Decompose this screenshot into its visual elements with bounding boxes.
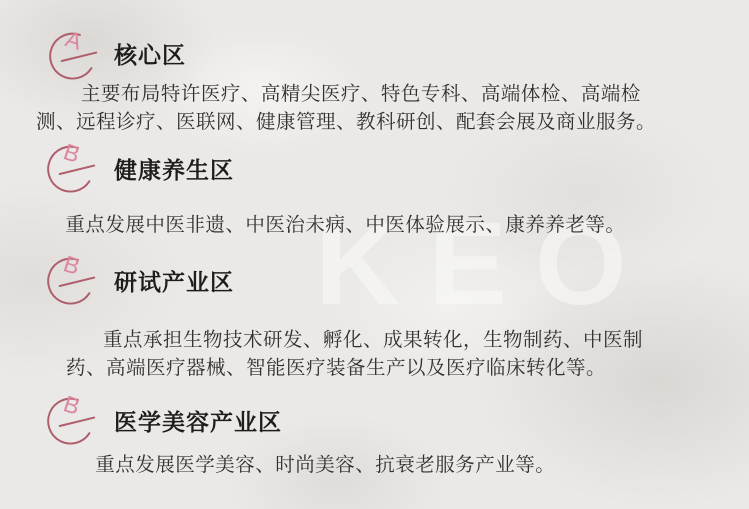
zone-title: 核心区 xyxy=(114,37,186,70)
zone-description: 重点承担生物技术研发、孵化、成果转化，生物制药、中医制药、高端医疗器械、智能医疗… xyxy=(66,326,672,382)
zone-description: 主要布局特许医疗、高精尖医疗、特色专科、高端体检、高端检测、远程诊疗、医联网、健… xyxy=(36,80,676,136)
zone-title: 健康养生区 xyxy=(114,152,234,185)
zone-title: 医学美容产业区 xyxy=(114,404,282,437)
zone-badge-a-icon: A xyxy=(44,25,100,83)
zone-description: 重点发展医学美容、时尚美容、抗衰老服务产业等。 xyxy=(66,451,686,479)
zone-description: 重点发展中医非遗、中医治未病、中医体验展示、康养养老等。 xyxy=(40,211,700,239)
slide-page: KEO A 核心区 主要布局特许医疗、高精尖医疗、特色专科、高端体检、高端检测、… xyxy=(0,0,749,509)
zone-badge-b-icon: B xyxy=(42,250,98,308)
zone-badge-b-icon: B xyxy=(42,390,98,448)
zone-badge-b-icon: B xyxy=(42,138,98,196)
zone-title: 研试产业区 xyxy=(114,264,234,297)
